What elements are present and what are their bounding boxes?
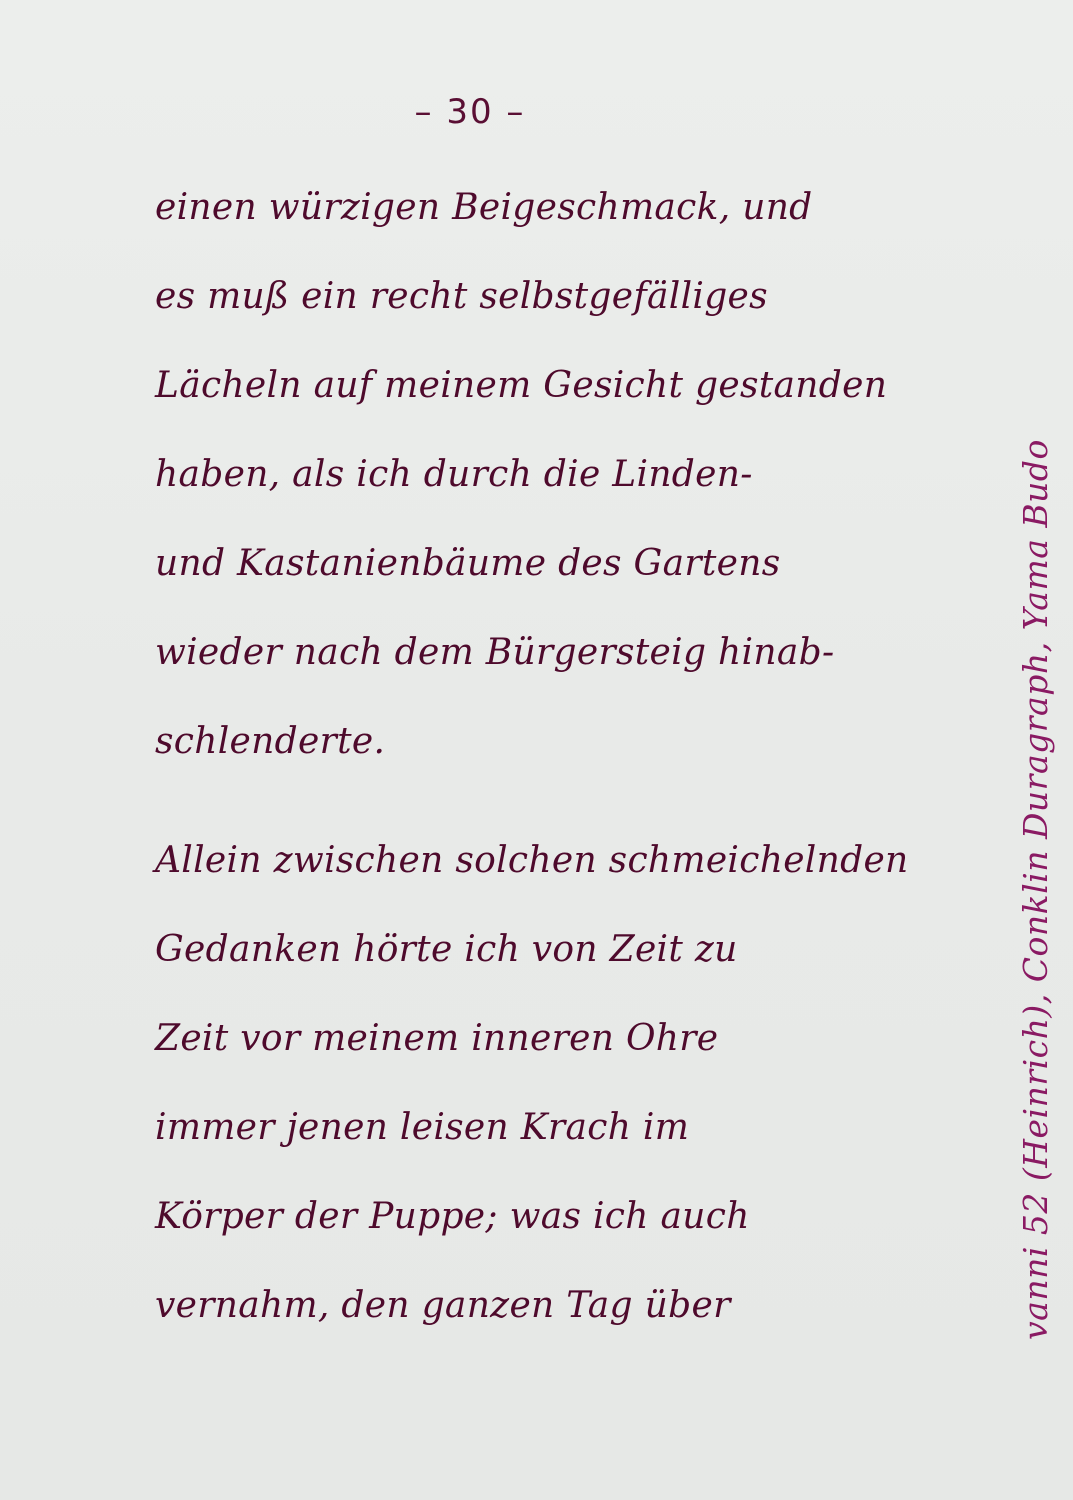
text-line: Zeit vor meinem inneren Ohre bbox=[155, 1009, 955, 1098]
text-line: und Kastanienbäume des Gartens bbox=[155, 534, 955, 623]
text-line: haben, als ich durch die Linden- bbox=[155, 445, 955, 534]
page-number: – 30 – bbox=[0, 92, 940, 132]
text-line: Gedanken hörte ich von Zeit zu bbox=[155, 920, 955, 1009]
text-line: einen würzigen Beigeschmack, und bbox=[155, 178, 955, 267]
text-line: Allein zwischen solchen schmeichelnden bbox=[155, 831, 955, 920]
text-line: Lächeln auf meinem Gesicht gestanden bbox=[155, 356, 955, 445]
handwritten-body: einen würzigen Beigeschmack, und es muß … bbox=[155, 178, 955, 1365]
text-line: es muß ein recht selbstgefälliges bbox=[155, 267, 955, 356]
text-line: Körper der Puppe; was ich auch bbox=[155, 1187, 955, 1276]
text-line: wieder nach dem Bürgersteig hinab- bbox=[155, 623, 955, 712]
margin-note-pen-ink: vanni 52 (Heinrich), Conklin Duragraph, … bbox=[1016, 439, 1055, 1340]
text-line: immer jenen leisen Krach im bbox=[155, 1098, 955, 1187]
text-line: schlenderte. bbox=[155, 712, 955, 801]
handwritten-page: – 30 – einen würzigen Beigeschmack, und … bbox=[0, 0, 1073, 1500]
text-line: vernahm, den ganzen Tag über bbox=[155, 1276, 955, 1365]
